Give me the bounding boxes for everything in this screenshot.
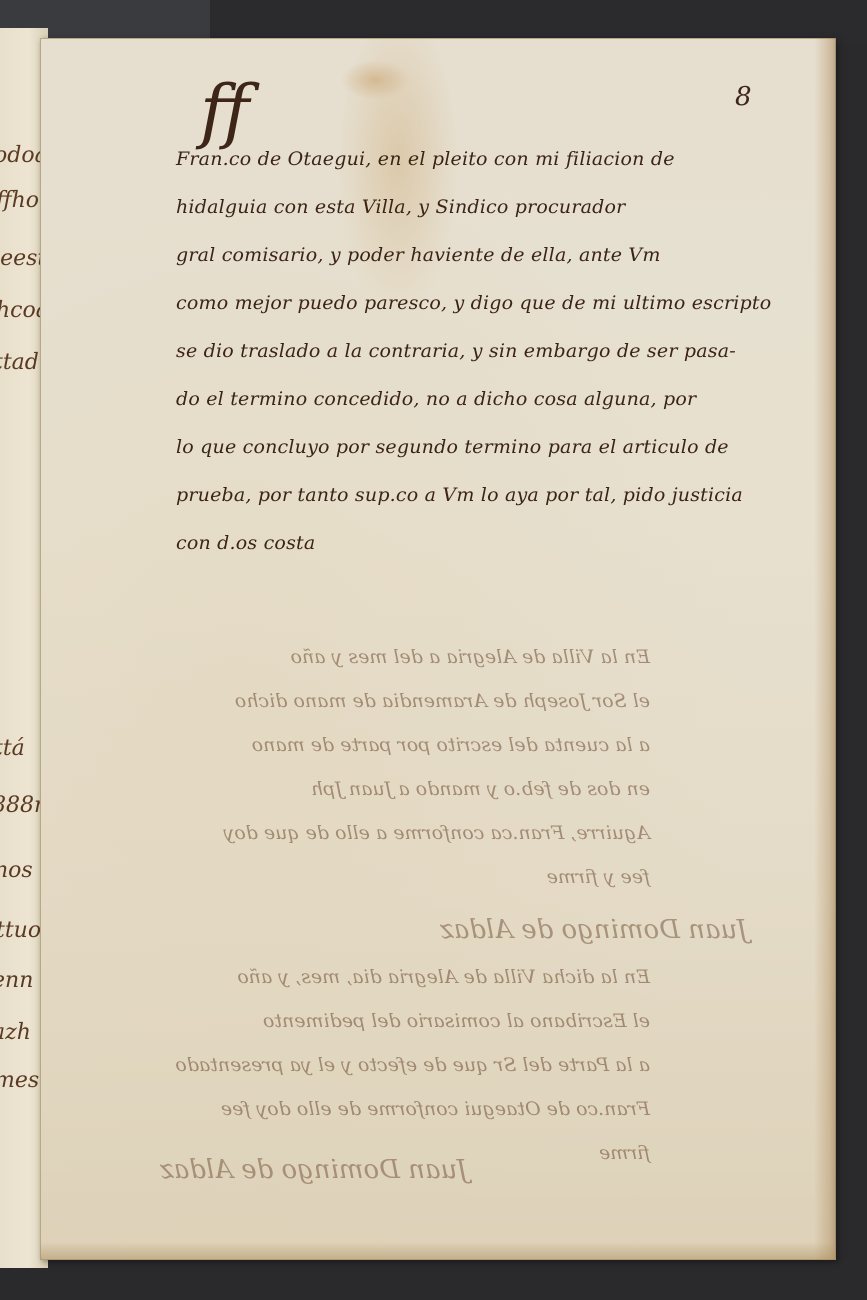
bleed-line: a la cuenta del escrito por parte de man… bbox=[130, 723, 650, 767]
bleed-signature: Juan Domingo de Aldaz bbox=[160, 1155, 468, 1185]
bleed-through-text-lower: En la dicha Villa de Alegria dia, mes, y… bbox=[130, 955, 650, 1175]
bleed-line: En la Villa de Alegria a del mes y año bbox=[130, 635, 650, 679]
bleed-through-text-upper: En la Villa de Alegria a del mes y año e… bbox=[130, 635, 650, 899]
left-page-fragment: azh bbox=[0, 1020, 31, 1045]
main-handwritten-text: Fran.co de Otaegui, en el pleito con mi … bbox=[176, 135, 796, 567]
bleed-line: el Sor Joseph de Aramendia de mano dicho bbox=[130, 679, 650, 723]
bleed-line: Fran.co de Otaegui conforme de ello doy … bbox=[130, 1087, 650, 1131]
left-page-fragment: ttuo bbox=[0, 918, 41, 943]
bleed-line: a la Parte del Sr que de efecto y el ya … bbox=[130, 1043, 650, 1087]
bleed-signature: Juan Domingo de Aldaz bbox=[440, 915, 748, 945]
left-page-fragment: nos bbox=[0, 858, 33, 883]
text-line: gral comisario, y poder haviente de ella… bbox=[176, 231, 796, 279]
text-line: como mejor puedo paresco, y digo que de … bbox=[176, 279, 796, 327]
left-page-fragment: mes bbox=[0, 1068, 39, 1093]
folio-number: 8 bbox=[735, 82, 752, 112]
text-line: Fran.co de Otaegui, en el pleito con mi … bbox=[176, 135, 796, 183]
text-line: lo que concluyo por segundo termino para… bbox=[176, 423, 796, 471]
bleed-line: el Escribano al comisario del pedimento bbox=[130, 999, 650, 1043]
left-page-fragment: enn bbox=[0, 968, 33, 993]
left-page-fragment: ttad bbox=[0, 350, 39, 375]
text-line: do el termino concedido, no a dicho cosa… bbox=[176, 375, 796, 423]
text-line: prueba, por tanto sup.co a Vm lo aya por… bbox=[176, 471, 796, 519]
bleed-line: en dos de feb.o y mando a Juan Jph bbox=[130, 767, 650, 811]
paper-stain bbox=[340, 60, 410, 100]
bleed-line: Aguirre, Fran.ca conforme a ello de que … bbox=[130, 811, 650, 855]
left-page-fragment: ttá bbox=[0, 736, 25, 761]
bleed-line: fee y firme bbox=[130, 855, 650, 899]
page-edge-shading bbox=[814, 38, 836, 1260]
text-line: hidalguia con esta Villa, y Sindico proc… bbox=[176, 183, 796, 231]
page-edge-shading bbox=[40, 1242, 836, 1260]
bleed-line: En la dicha Villa de Alegria dia, mes, y… bbox=[130, 955, 650, 999]
text-line: con d.os costa bbox=[176, 519, 796, 567]
text-line: se dio traslado a la contraria, y sin em… bbox=[176, 327, 796, 375]
